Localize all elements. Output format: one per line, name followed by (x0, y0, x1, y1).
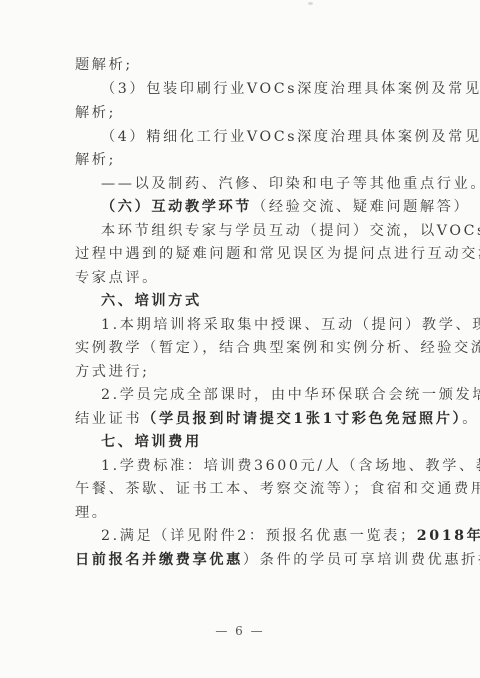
heading-normal: （经验交流、疑难问题解答） (252, 199, 470, 215)
document-page: 题解析; （3）包装印刷行业VOCs深度治理具体案例及常见问题 解析; （4）精… (0, 0, 480, 678)
text-bold: （学员报到时请提交1张1寸彩色免冠照片） (142, 411, 462, 427)
page-number: — 6 — (0, 624, 480, 638)
paragraph-line: 1.本期培训将采取集中授课、互动（提问）教学、现场 (101, 316, 411, 334)
heading-bold: （六）互动教学环节 (101, 199, 252, 215)
text-line: 题解析; (75, 56, 410, 74)
text-normal: ）条件的学员可享培训费优惠折扣 (243, 552, 480, 568)
text-bold: 日前报名并缴费享优惠 (75, 552, 243, 568)
section-heading-training-method: 六、培训方式 (101, 292, 411, 310)
paragraph-line: 方式进行; (75, 363, 410, 381)
paragraph-line: 结业证书（学员报到时请提交1张1寸彩色免冠照片）。 (75, 410, 410, 428)
paragraph-line: 2.满足（详见附件2：预报名优惠一览表；2018年8月5 (101, 527, 411, 545)
scan-speck (308, 2, 313, 5)
text-tail: 。 (462, 411, 479, 427)
paragraph-line: 2.学员完成全部课时，由中华环保联合会统一颁发培训 (101, 386, 411, 404)
text-bold: 2018年8月5 (417, 528, 480, 544)
text-line: 解析; (75, 151, 410, 169)
paragraph-line: 本环节组织专家与学员互动（提问）交流，以VOCs治理 (101, 222, 411, 240)
paragraph-line: 日前报名并缴费享优惠）条件的学员可享培训费优惠折扣 (75, 551, 410, 569)
paragraph-line: 实例教学（暂定），结合典型案例和实例分析、经验交流等 (75, 339, 410, 357)
paragraph-line: 1.学费标准：培训费3600元/人（含场地、教学、教材、 (101, 457, 411, 475)
paragraph-line: 理。 (75, 504, 410, 522)
paragraph-line: 午餐、茶歇、证书工本、考察交流等）；食宿和交通费用自 (75, 480, 410, 498)
paragraph-line: 专家点评。 (75, 269, 410, 287)
text-line: 解析; (75, 104, 410, 122)
text-normal: 结业证书 (75, 411, 142, 427)
text-normal: 2.满足（详见附件2：预报名优惠一览表； (101, 528, 417, 544)
section-heading-interactive-teaching: （六）互动教学环节（经验交流、疑难问题解答） (101, 198, 411, 216)
paragraph-line: 过程中遇到的疑难问题和常见误区为提问点进行互动交流、 (75, 245, 410, 263)
section-heading-training-fees: 七、培训费用 (101, 433, 411, 451)
text-line: ——以及制药、汽修、印染和电子等其他重点行业。 (101, 175, 411, 193)
list-item-4: （4）精细化工行业VOCs深度治理具体案例及常见问题 (101, 128, 411, 146)
list-item-3: （3）包装印刷行业VOCs深度治理具体案例及常见问题 (101, 80, 411, 98)
